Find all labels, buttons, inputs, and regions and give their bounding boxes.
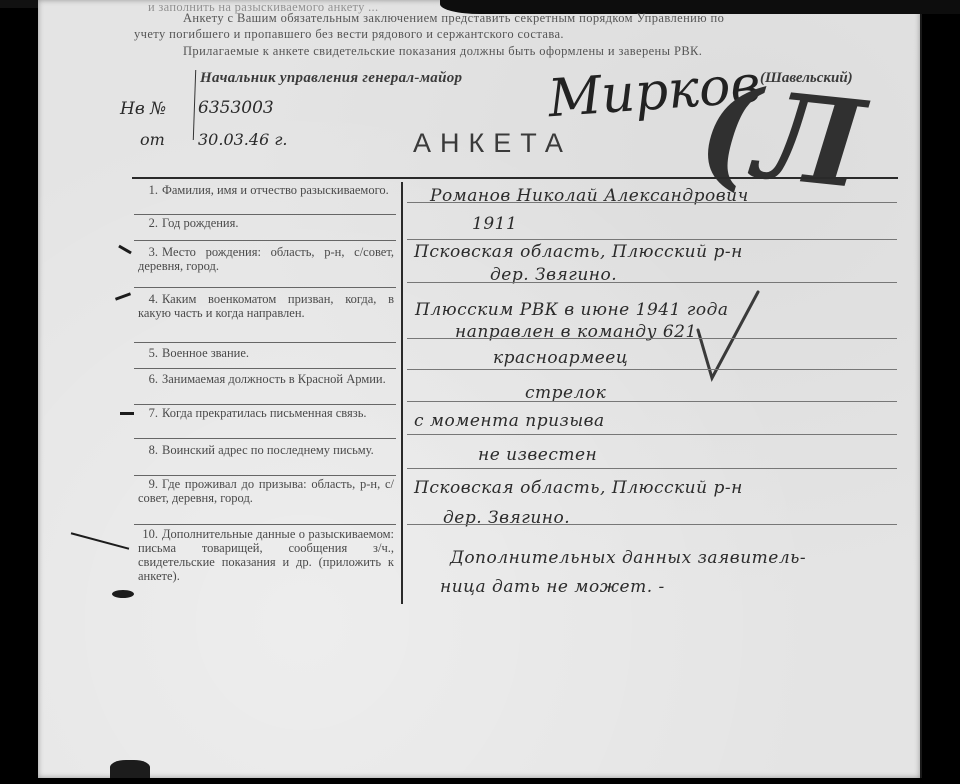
row-number: 4. [138, 292, 158, 306]
form-title: АНКЕТА [413, 128, 572, 159]
handwritten-answer: ница дать не может. - [440, 577, 665, 597]
row-label-text: Воинский адрес по последнему письму. [162, 443, 374, 457]
row-label-text: Дополнительные данные о разыскиваемом: п… [138, 527, 394, 583]
chief-title: Начальник управления генерал-майор [200, 70, 462, 87]
row-number: 9. [138, 477, 158, 491]
handwritten-answer: 1911 [472, 214, 517, 234]
row-label-text: Год рождения. [162, 216, 239, 230]
form-row-label: 9.Где проживал до призыва: область, р-н,… [138, 477, 394, 505]
instruction-line-2: учету погибшего и пропавшего без вести р… [134, 27, 564, 42]
handwritten-answer: Романов Николай Александрович [430, 186, 749, 206]
instruction-line-1: Анкету с Вашим обязательным заключением … [183, 11, 724, 26]
form-row-label: 8.Воинский адрес по последнему письму. [138, 443, 394, 457]
label-row-rule [134, 475, 396, 476]
handwritten-answer: Псковская область, Плюсский р-н [414, 242, 743, 262]
handwritten-answer: красноармеец [493, 348, 628, 368]
form-row-label: 10.Дополнительные данные о разыскиваемом… [138, 527, 394, 583]
handwritten-answer: дер. Звягино. [443, 508, 570, 528]
label-row-rule [134, 240, 396, 241]
handwritten-answer: не известен [478, 445, 597, 465]
answer-line [407, 401, 897, 402]
label-row-rule [134, 287, 396, 288]
form-row-label: 5.Военное звание. [138, 346, 394, 360]
label-row-rule [134, 404, 396, 405]
row-label-text: Занимаемая должность в Красной Армии. [162, 372, 386, 386]
row-number: 2. [138, 216, 158, 230]
row-label-text: Военное звание. [162, 346, 249, 360]
answer-line [407, 524, 897, 525]
registration-date-label: от [140, 130, 165, 149]
row-number: 8. [138, 443, 158, 457]
registration-number-label: Нв № [120, 99, 166, 119]
row-label-text: Каким военкоматом призван, когда, в каку… [138, 292, 394, 320]
answer-line [407, 369, 897, 370]
answer-line [407, 239, 897, 240]
paper-tear [110, 760, 150, 778]
handwritten-answer: с момента призыва [414, 411, 605, 431]
label-row-rule [134, 438, 396, 439]
row-label-text: Фамилия, имя и отчество разыскиваемого. [162, 183, 389, 197]
row-label-text: Где проживал до призыва: область, р-н, с… [138, 477, 394, 505]
registration-number: 6353003 [198, 98, 274, 118]
label-row-rule [134, 368, 396, 369]
row-number: 7. [138, 406, 158, 420]
handwritten-answer: Псковская область, Плюсский р-н [414, 478, 743, 498]
table-column-divider [401, 182, 403, 604]
form-row-label: 6.Занимаемая должность в Красной Армии. [138, 372, 394, 386]
form-row-label: 2.Год рождения. [138, 216, 394, 230]
handwritten-answer: направлен в команду 621. [455, 322, 703, 342]
label-row-rule [134, 214, 396, 215]
label-row-rule [134, 524, 396, 525]
answer-line [407, 468, 897, 469]
form-row-label: 7.Когда прекратилась письменная связь. [138, 406, 394, 420]
handwritten-answer: Плюсским РВК в июне 1941 года [415, 300, 729, 320]
row-number: 1. [138, 183, 158, 197]
handwritten-answer: стрелок [525, 383, 606, 403]
table-top-rule [132, 177, 898, 179]
row-number: 6. [138, 372, 158, 386]
paper-tear [112, 590, 134, 598]
row-number: 5. [138, 346, 158, 360]
row-label-text: Когда прекратилась письменная связь. [162, 406, 367, 420]
form-row-label: 3.Место рождения: область, р-н, с/совет,… [138, 245, 394, 273]
row-number: 3. [138, 245, 158, 259]
row-label-text: Место рождения: область, р-н, с/совет, д… [138, 245, 394, 273]
row-number: 10. [138, 527, 158, 541]
answer-line [407, 282, 897, 283]
paper-tear [120, 412, 134, 415]
label-row-rule [134, 342, 396, 343]
instruction-line-3: Прилагаемые к анкете свидетельские показ… [183, 44, 702, 59]
form-row-label: 4.Каким военкоматом призван, когда, в ка… [138, 292, 394, 320]
handwritten-answer: Дополнительных данных заявитель- [450, 548, 806, 568]
answer-line [407, 434, 897, 435]
registration-date: 30.03.46 г. [198, 130, 288, 149]
form-row-label: 1.Фамилия, имя и отчество разыскиваемого… [138, 183, 394, 197]
answer-line [407, 202, 897, 203]
answer-line [407, 338, 897, 339]
